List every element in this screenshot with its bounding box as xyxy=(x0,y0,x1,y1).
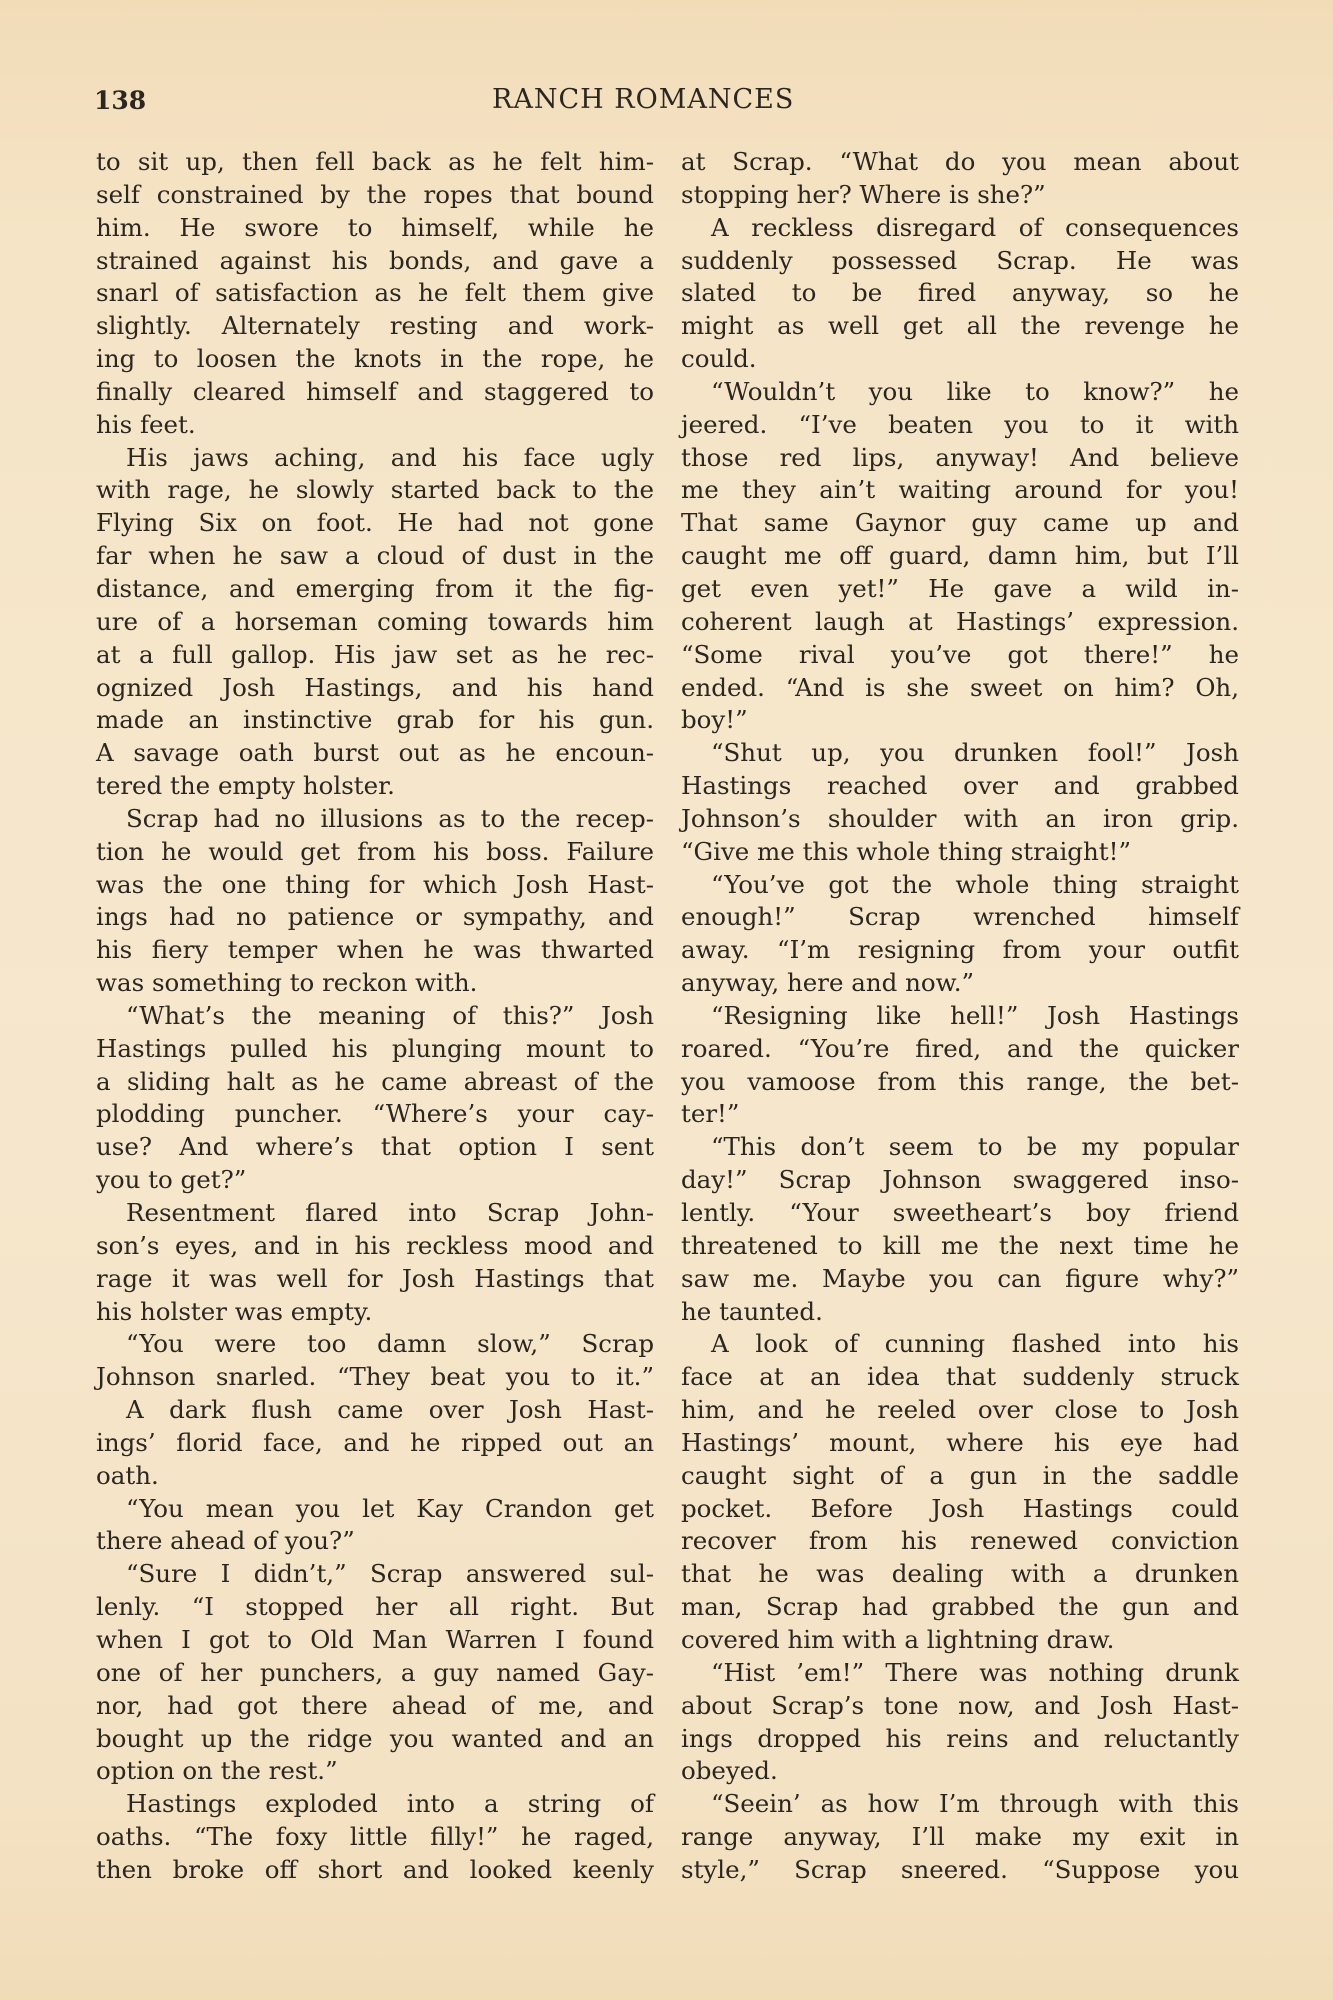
text-line: “Seein’ as how I’m through with this xyxy=(681,1788,1239,1821)
text-line: was the one thing for which Josh Hast- xyxy=(96,869,654,902)
text-line: then broke off short and looked keenly xyxy=(96,1854,654,1887)
text-line: was something to reckon with. xyxy=(96,967,654,1000)
text-line: caught sight of a gun in the saddle xyxy=(681,1460,1239,1493)
text-line: ings dropped his reins and reluctantly xyxy=(681,1723,1239,1756)
text-line: Resentment flared into Scrap John- xyxy=(96,1197,654,1230)
text-line: him, and he reeled over close to Josh xyxy=(681,1394,1239,1427)
text-line: stopping her? Where is she?” xyxy=(681,179,1239,212)
text-line: “Shut up, you drunken fool!” Josh xyxy=(681,737,1239,770)
text-line: rage it was well for Josh Hastings that xyxy=(96,1263,654,1296)
text-line: nor, had got there ahead of me, and xyxy=(96,1690,654,1723)
text-line: coherent laugh at Hastings’ expression. xyxy=(681,606,1239,639)
text-line: threatened to kill me the next time he xyxy=(681,1230,1239,1263)
text-line: anyway, here and now.” xyxy=(681,967,1239,1000)
text-line: made an instinctive grab for his gun. xyxy=(96,704,654,737)
text-line: that he was dealing with a drunken xyxy=(681,1558,1239,1591)
text-line: Scrap had no illusions as to the recep- xyxy=(96,803,654,836)
text-line: ognized Josh Hastings, and his hand xyxy=(96,672,654,705)
text-line: option on the rest.” xyxy=(96,1755,654,1788)
text-line: suddenly possessed Scrap. He was xyxy=(681,245,1239,278)
text-line: tion he would get from his boss. Failure xyxy=(96,836,654,869)
text-line: at Scrap. “What do you mean about xyxy=(681,146,1239,179)
text-line: day!” Scrap Johnson swaggered inso- xyxy=(681,1164,1239,1197)
text-line: “You mean you let Kay Crandon get xyxy=(96,1493,654,1526)
text-line: lently. “Your sweetheart’s boy friend xyxy=(681,1197,1239,1230)
text-line: A look of cunning flashed into his xyxy=(681,1328,1239,1361)
text-line: at a full gallop. His jaw set as he rec- xyxy=(96,639,654,672)
text-line: ing to loosen the knots in the rope, he xyxy=(96,343,654,376)
text-line: jeered. “I’ve beaten you to it with xyxy=(681,409,1239,442)
text-line: use? And where’s that option I sent xyxy=(96,1131,654,1164)
text-line: Hastings pulled his plunging mount to xyxy=(96,1033,654,1066)
text-line: slightly. Alternately resting and work- xyxy=(96,310,654,343)
text-line: his fiery temper when he was thwarted xyxy=(96,934,654,967)
text-line: snarl of satisfaction as he felt them gi… xyxy=(96,277,654,310)
text-line: far when he saw a cloud of dust in the xyxy=(96,540,654,573)
text-line: face at an idea that suddenly struck xyxy=(681,1361,1239,1394)
text-line: self constrained by the ropes that bound xyxy=(96,179,654,212)
text-line: caught me off guard, damn him, but I’ll xyxy=(681,540,1239,573)
text-line: “This don’t seem to be my popular xyxy=(681,1131,1239,1164)
text-line: there ahead of you?” xyxy=(96,1525,654,1558)
text-line: Flying Six on foot. He had not gone xyxy=(96,507,654,540)
text-line: away. “I’m resigning from your outfit xyxy=(681,934,1239,967)
text-line: “Sure I didn’t,” Scrap answered sul- xyxy=(96,1558,654,1591)
text-column-left: to sit up, then fell back as he felt him… xyxy=(96,146,654,1887)
text-line: “What’s the meaning of this?” Josh xyxy=(96,1000,654,1033)
text-line: tered the empty holster. xyxy=(96,770,654,803)
text-line: about Scrap’s tone now, and Josh Hast- xyxy=(681,1690,1239,1723)
text-line: get even yet!” He gave a wild in- xyxy=(681,573,1239,606)
text-line: to sit up, then fell back as he felt him… xyxy=(96,146,654,179)
text-line: oath. xyxy=(96,1460,654,1493)
text-line: “Hist ’em!” There was nothing drunk xyxy=(681,1657,1239,1690)
text-column-right: at Scrap. “What do you mean aboutstoppin… xyxy=(681,146,1239,1887)
text-line: That same Gaynor guy came up and xyxy=(681,507,1239,540)
text-line: His jaws aching, and his face ugly xyxy=(96,442,654,475)
text-line: A dark flush came over Josh Hast- xyxy=(96,1394,654,1427)
text-line: me they ain’t waiting around for you! xyxy=(681,474,1239,507)
text-line: boy!” xyxy=(681,704,1239,737)
text-line: with rage, he slowly started back to the xyxy=(96,474,654,507)
text-line: strained against his bonds, and gave a xyxy=(96,245,654,278)
text-line: slated to be fired anyway, so he xyxy=(681,277,1239,310)
text-line: covered him with a lightning draw. xyxy=(681,1624,1239,1657)
text-line: A savage oath burst out as he encoun- xyxy=(96,737,654,770)
text-line: “You were too damn slow,” Scrap xyxy=(96,1328,654,1361)
text-line: “Give me this whole thing straight!” xyxy=(681,836,1239,869)
text-line: style,” Scrap sneered. “Suppose you xyxy=(681,1854,1239,1887)
text-line: ings’ florid face, and he ripped out an xyxy=(96,1427,654,1460)
text-line: finally cleared himself and staggered to xyxy=(96,376,654,409)
text-line: “You’ve got the whole thing straight xyxy=(681,869,1239,902)
text-line: Johnson snarled. “They beat you to it.” xyxy=(96,1361,654,1394)
page-number: 138 xyxy=(94,86,146,115)
text-line: man, Scrap had grabbed the gun and xyxy=(681,1591,1239,1624)
text-line: his feet. xyxy=(96,409,654,442)
text-line: son’s eyes, and in his reckless mood and xyxy=(96,1230,654,1263)
text-line: range anyway, I’ll make my exit in xyxy=(681,1821,1239,1854)
text-line: a sliding halt as he came abreast of the xyxy=(96,1066,654,1099)
text-line: oaths. “The foxy little filly!” he raged… xyxy=(96,1821,654,1854)
text-line: when I got to Old Man Warren I found xyxy=(96,1624,654,1657)
text-line: lenly. “I stopped her all right. But xyxy=(96,1591,654,1624)
text-line: pocket. Before Josh Hastings could xyxy=(681,1493,1239,1526)
magazine-page: 138 RANCH ROMANCES to sit up, then fell … xyxy=(0,0,1333,2000)
text-line: saw me. Maybe you can figure why?” xyxy=(681,1263,1239,1296)
text-line: Hastings reached over and grabbed xyxy=(681,770,1239,803)
text-line: ings had no patience or sympathy, and xyxy=(96,901,654,934)
text-line: you to get?” xyxy=(96,1164,654,1197)
text-line: could. xyxy=(681,343,1239,376)
text-line: A reckless disregard of consequences xyxy=(681,212,1239,245)
text-line: ended. “And is she sweet on him? Oh, xyxy=(681,672,1239,705)
text-line: might as well get all the revenge he xyxy=(681,310,1239,343)
text-line: bought up the ridge you wanted and an xyxy=(96,1723,654,1756)
text-line: those red lips, anyway! And believe xyxy=(681,442,1239,475)
text-line: enough!” Scrap wrenched himself xyxy=(681,901,1239,934)
text-line: recover from his renewed conviction xyxy=(681,1525,1239,1558)
text-line: distance, and emerging from it the fig- xyxy=(96,573,654,606)
text-line: ter!” xyxy=(681,1098,1239,1131)
text-line: obeyed. xyxy=(681,1755,1239,1788)
text-line: “Resigning like hell!” Josh Hastings xyxy=(681,1000,1239,1033)
text-line: “Some rival you’ve got there!” he xyxy=(681,639,1239,672)
text-line: he taunted. xyxy=(681,1296,1239,1329)
text-line: roared. “You’re fired, and the quicker xyxy=(681,1033,1239,1066)
text-line: you vamoose from this range, the bet- xyxy=(681,1066,1239,1099)
text-line: him. He swore to himself, while he xyxy=(96,212,654,245)
text-line: Hastings’ mount, where his eye had xyxy=(681,1427,1239,1460)
text-line: plodding puncher. “Where’s your cay- xyxy=(96,1098,654,1131)
text-line: Hastings exploded into a string of xyxy=(96,1788,654,1821)
text-line: ure of a horseman coming towards him xyxy=(96,606,654,639)
text-line: “Wouldn’t you like to know?” he xyxy=(681,376,1239,409)
text-line: one of her punchers, a guy named Gay- xyxy=(96,1657,654,1690)
running-title: RANCH ROMANCES xyxy=(492,84,822,115)
text-line: Johnson’s shoulder with an iron grip. xyxy=(681,803,1239,836)
text-line: his holster was empty. xyxy=(96,1296,654,1329)
